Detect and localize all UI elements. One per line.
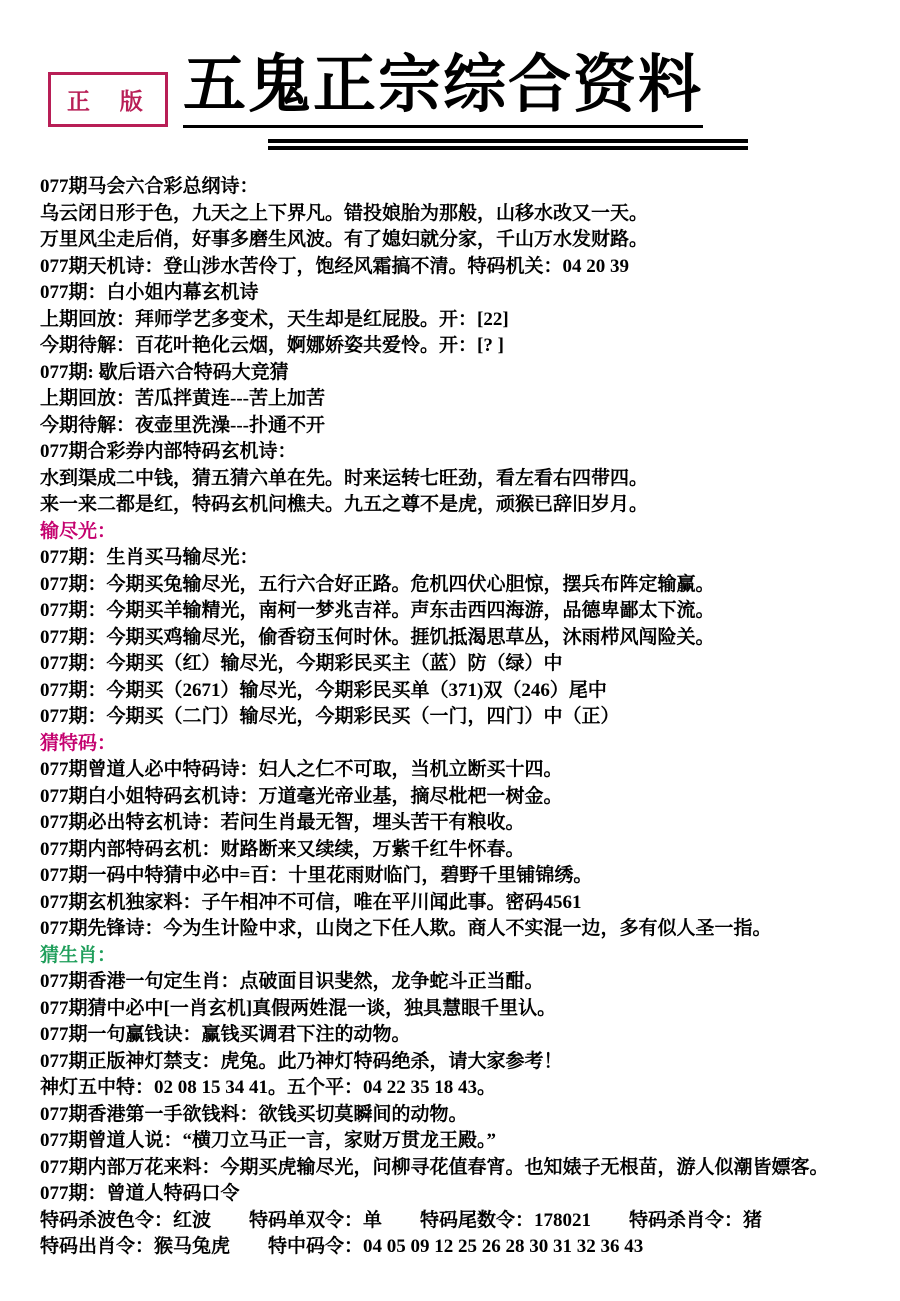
lottery-info-page: 正 版 五鬼正宗综合资料 077期马会六合彩总纲诗：乌云闭日形于色，九天之上下界… (0, 0, 900, 1301)
text-line: 077期马会六合彩总纲诗： (40, 174, 886, 201)
text-line: 077期：今期买鸡输尽光，偷香窃玉何时休。捱饥抵渴思草丛，沐雨栉风闯险关。 (40, 625, 886, 652)
text-line: 077期香港第一手欲钱料：欲钱买切莫瞬间的动物。 (40, 1102, 886, 1129)
text-line: 077期曾道人必中特码诗：妇人之仁不可取，当机立断买十四。 (40, 757, 886, 784)
text-line: 万里风尘走后俏，好事多磨生风波。有了媳妇就分家，千山万水发财路。 (40, 227, 886, 254)
text-line: 077期先锋诗：今为生计险中求，山岗之下任人欺。商人不实混一边，多有似人圣一指。 (40, 916, 886, 943)
text-line: 水到渠成二中钱，猜五猜六单在先。时来运转七旺劲，看左看右四带四。 (40, 466, 886, 493)
text-line: 077期: 歇后语六合特码大竞猜 (40, 360, 886, 387)
text-line: 今期待解：夜壶里洗澡---扑通不开 (40, 413, 886, 440)
section-heading: 猜生肖： (40, 943, 886, 970)
text-line: 077期一句赢钱诀：赢钱买调君下注的动物。 (40, 1022, 886, 1049)
text-line: 077期：生肖买马输尽光： (40, 545, 886, 572)
section-heading: 猜特码： (40, 731, 886, 758)
text-line: 077期白小姐特码玄机诗：万道毫光帝业基，摘尽枇杷一树金。 (40, 784, 886, 811)
text-line: 上期回放：拜师学艺多变术，天生却是红屁股。开：[22] (40, 307, 886, 334)
text-line: 077期必出特玄机诗：若问生肖最无智，埋头苦干有粮收。 (40, 810, 886, 837)
authentic-badge: 正 版 (48, 72, 168, 127)
text-line: 077期：今期买（红）输尽光，今期彩民买主（蓝）防（绿）中 (40, 651, 886, 678)
text-line: 077期内部万花来料：今期买虎输尽光，问柳寻花值春宵。也知婊子无根苗，游人似潮皆… (40, 1155, 886, 1182)
text-line: 077期：今期买（2671）输尽光，今期彩民买单（371)双（246）尾中 (40, 678, 886, 705)
text-line: 神灯五中特：02 08 15 34 41。五个平：04 22 35 18 43。 (40, 1075, 886, 1102)
text-line: 今期待解：百花叶艳化云烟，婀娜娇姿共爱怜。开：[? ] (40, 333, 886, 360)
text-line: 来一来二都是红，特码玄机问樵夫。九五之尊不是虎，顽猴已辞旧岁月。 (40, 492, 886, 519)
text-line: 077期猜中必中[一肖玄机]真假两姓混一谈，独具慧眼千里认。 (40, 996, 886, 1023)
text-line: 特码杀波色令：红波 特码单双令：单 特码尾数令：178021 特码杀肖令：猪 (40, 1208, 886, 1235)
text-line: 077期正版神灯禁支：虎兔。此乃神灯特码绝杀，请大家参考！ (40, 1049, 886, 1076)
text-line: 077期：今期买兔输尽光，五行六合好正路。危机四伏心胆惊，摆兵布阵定输赢。 (40, 572, 886, 599)
title-double-rule (268, 139, 748, 150)
text-line: 077期：曾道人特码口令 (40, 1181, 886, 1208)
text-line: 077期曾道人说：“横刀立马正一言，家财万贯龙王殿。” (40, 1128, 886, 1155)
page-title: 五鬼正宗综合资料 (183, 46, 703, 128)
text-line: 077期：今期买羊输精光，南柯一梦兆吉祥。声东击西四海游，品德卑鄙太下流。 (40, 598, 886, 625)
text-line: 077期：白小姐内幕玄机诗 (40, 280, 886, 307)
text-line: 077期玄机独家料：子午相冲不可信，唯在平川闻此事。密码4561 (40, 890, 886, 917)
text-line: 077期：今期买（二门）输尽光，今期彩民买（一门，四门）中（正） (40, 704, 886, 731)
text-line: 077期一码中特猜中必中=百：十里花雨财临门，碧野千里铺锦绣。 (40, 863, 886, 890)
text-line: 077期合彩券内部特码玄机诗： (40, 439, 886, 466)
text-line: 077期香港一句定生肖：点破面目识斐然，龙争蛇斗正当酣。 (40, 969, 886, 996)
text-line: 特码出肖令：猴马兔虎 特中码令：04 05 09 12 25 26 28 30 … (40, 1234, 886, 1261)
text-line: 077期天机诗：登山涉水苦伶丁，饱经风霜搞不清。特码机关：04 20 39 (40, 254, 886, 281)
text-line: 077期内部特码玄机：财路断来又续续，万紫千红牛怀春。 (40, 837, 886, 864)
section-heading: 输尽光： (40, 519, 886, 546)
text-line: 乌云闭日形于色，九天之上下界凡。错投娘胎为那般，山移水改又一天。 (40, 201, 886, 228)
text-line: 上期回放：苦瓜拌黄连---苦上加苦 (40, 386, 886, 413)
content-text-block: 077期马会六合彩总纲诗：乌云闭日形于色，九天之上下界凡。错投娘胎为那般，山移水… (40, 174, 886, 1261)
